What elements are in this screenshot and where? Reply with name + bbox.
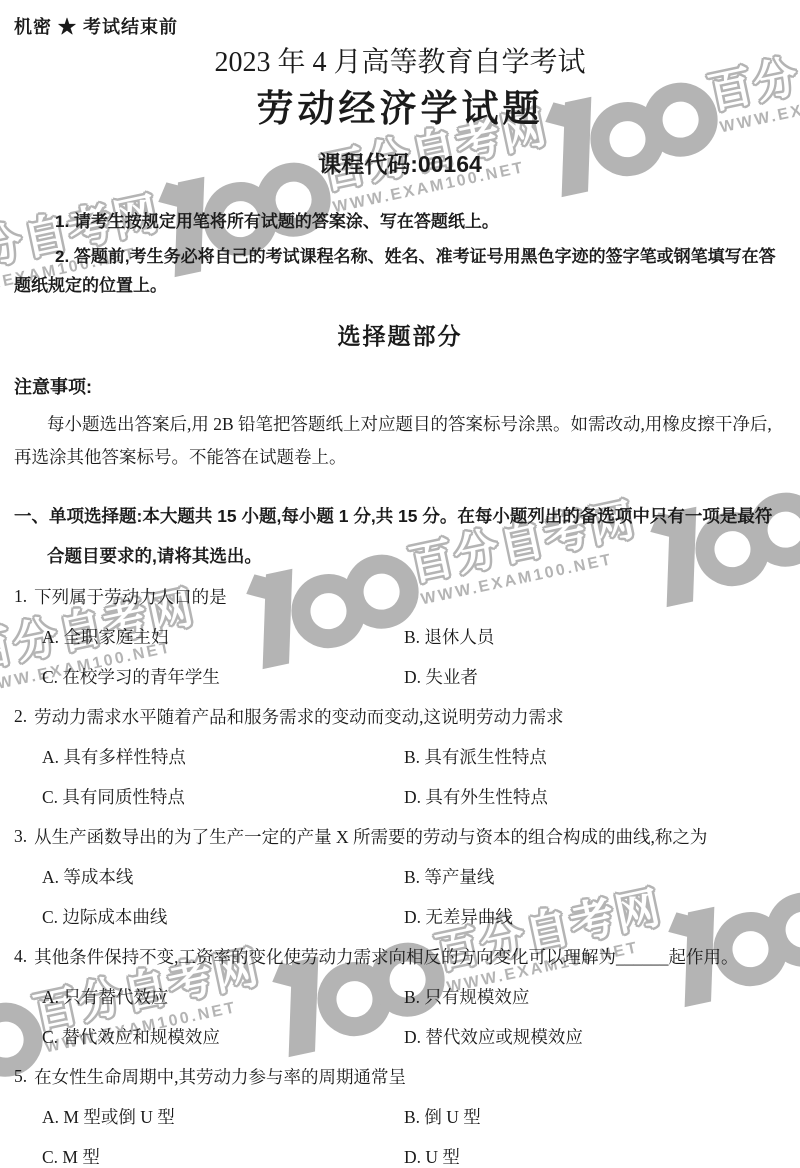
option-c: C. M 型: [42, 1136, 404, 1168]
instruction-item: 1. 请考生按规定用笔将所有试题的答案涂、写在答题纸上。: [14, 207, 786, 236]
question-3: 3. 从生产函数导出的为了生产一定的产量 X 所需要的劳动与资本的组合构成的曲线…: [14, 816, 786, 936]
question-number: 2.: [14, 706, 27, 727]
question-stem: 从生产函数导出的为了生产一定的产量 X 所需要的劳动与资本的组合构成的曲线,称之…: [34, 824, 707, 849]
exam-paper-page: 百分自考网WWW.EXAM100.NET 百分自考网WWW.EXAM100.NE…: [0, 0, 800, 1168]
option-a: A. 具有多样性特点: [42, 736, 404, 776]
option-b: B. 退休人员: [404, 616, 786, 656]
option-b: B. 倒 U 型: [404, 1096, 786, 1136]
question-text: 2. 劳动力需求水平随着产品和服务需求的变动而变动,这说明劳动力需求: [14, 696, 786, 736]
option-c: C. 替代效应和规模效应: [42, 1016, 404, 1056]
notice-heading: 注意事项:: [14, 375, 786, 399]
question-text: 1. 下列属于劳动力人口的是: [14, 576, 786, 616]
option-d: D. 失业者: [404, 656, 786, 696]
option-grid: A. 只有替代效应 B. 只有规模效应 C. 替代效应和规模效应 D. 替代效应…: [14, 976, 786, 1056]
question-stem: 下列属于劳动力人口的是: [34, 584, 227, 609]
question-number: 4.: [14, 946, 27, 967]
option-a: A. 只有替代效应: [42, 976, 404, 1016]
question-1: 1. 下列属于劳动力人口的是 A. 全职家庭主妇 B. 退休人员 C. 在校学习…: [14, 576, 786, 696]
question-number: 1.: [14, 586, 27, 607]
option-a: A. M 型或倒 U 型: [42, 1096, 404, 1136]
option-d: D. U 型: [404, 1136, 786, 1168]
option-grid: A. 等成本线 B. 等产量线 C. 边际成本曲线 D. 无差异曲线: [14, 856, 786, 936]
option-b: B. 等产量线: [404, 856, 786, 896]
question-2: 2. 劳动力需求水平随着产品和服务需求的变动而变动,这说明劳动力需求 A. 具有…: [14, 696, 786, 816]
option-b: B. 只有规模效应: [404, 976, 786, 1016]
option-grid: A. M 型或倒 U 型 B. 倒 U 型 C. M 型 D. U 型: [14, 1096, 786, 1168]
question-4: 4. 其他条件保持不变,工资率的变化使劳动力需求向相反的方向变化可以理解为___…: [14, 936, 786, 1056]
instruction-item: 2. 答题前,考生务必将自己的考试课程名称、姓名、准考证号用黑色字迹的签字笔或钢…: [14, 242, 786, 300]
section-title: 选择题部分: [14, 320, 786, 352]
option-b: B. 具有派生性特点: [404, 736, 786, 776]
notice-body: 每小题选出答案后,用 2B 铅笔把答题纸上对应题目的答案标号涂黑。如需改动,用橡…: [14, 408, 786, 474]
question-list: 1. 下列属于劳动力人口的是 A. 全职家庭主妇 B. 退休人员 C. 在校学习…: [14, 576, 786, 1168]
question-5: 5. 在女性生命周期中,其劳动力参与率的周期通常呈 A. M 型或倒 U 型 B…: [14, 1056, 786, 1168]
question-stem: 劳动力需求水平随着产品和服务需求的变动而变动,这说明劳动力需求: [34, 704, 563, 729]
course-code: 课程代码:00164: [14, 149, 786, 179]
option-c: C. 在校学习的青年学生: [42, 656, 404, 696]
exam-content: 机密 ★ 考试结束前 2023 年 4 月高等教育自学考试 劳动经济学试题 课程…: [0, 16, 800, 1168]
option-a: A. 全职家庭主妇: [42, 616, 404, 656]
option-a: A. 等成本线: [42, 856, 404, 896]
exam-session-title: 2023 年 4 月高等教育自学考试: [14, 46, 786, 80]
option-d: D. 替代效应或规模效应: [404, 1016, 786, 1056]
question-stem: 在女性生命周期中,其劳动力参与率的周期通常呈: [34, 1064, 406, 1089]
question-stem: 其他条件保持不变,工资率的变化使劳动力需求向相反的方向变化可以理解为______…: [34, 944, 738, 969]
option-grid: A. 具有多样性特点 B. 具有派生性特点 C. 具有同质性特点 D. 具有外生…: [14, 736, 786, 816]
question-number: 5.: [14, 1066, 27, 1087]
option-d: D. 具有外生性特点: [404, 776, 786, 816]
question-text: 4. 其他条件保持不变,工资率的变化使劳动力需求向相反的方向变化可以理解为___…: [14, 936, 786, 976]
option-d: D. 无差异曲线: [404, 896, 786, 936]
classification-banner: 机密 ★ 考试结束前: [14, 16, 786, 38]
option-grid: A. 全职家庭主妇 B. 退休人员 C. 在校学习的青年学生 D. 失业者: [14, 616, 786, 696]
question-text: 3. 从生产函数导出的为了生产一定的产量 X 所需要的劳动与资本的组合构成的曲线…: [14, 816, 786, 856]
exam-subject-title: 劳动经济学试题: [14, 88, 786, 130]
question-text: 5. 在女性生命周期中,其劳动力参与率的周期通常呈: [14, 1056, 786, 1096]
part-one-heading: 一、单项选择题:本大题共 15 小题,每小题 1 分,共 15 分。在每小题列出…: [14, 496, 786, 576]
option-c: C. 具有同质性特点: [42, 776, 404, 816]
option-c: C. 边际成本曲线: [42, 896, 404, 936]
question-number: 3.: [14, 826, 27, 847]
